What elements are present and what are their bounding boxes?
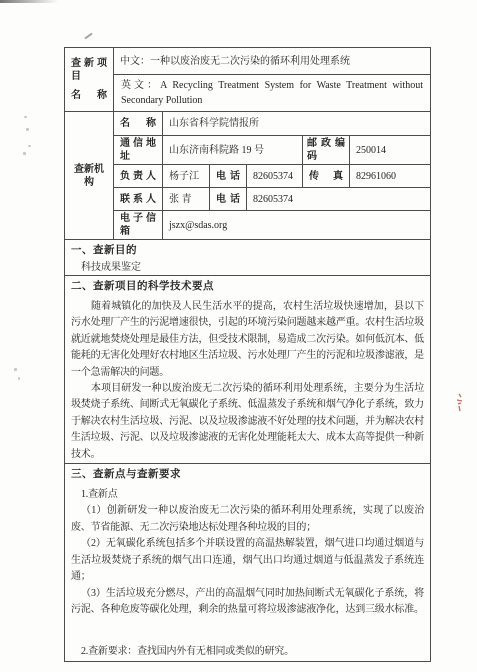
- contact-value: 张 青: [163, 188, 210, 211]
- section3-item-2: （2）无氧碳化系统包括多个并联设置的高温热解装置，烟气进口均通过烟道与生活垃圾焚…: [71, 536, 424, 585]
- section-key-points-cell: 二、查新项目的科学技术要点 随着城镇化的加快及人民生活水平的提高，农村生活垃圾快…: [65, 276, 431, 464]
- scan-speck: [14, 368, 17, 371]
- section2-paragraph-1: 随着城镇化的加快及人民生活水平的提高，农村生活垃圾快速增加，县以下污水处理厂产生…: [71, 299, 424, 381]
- project-label-line2: 名称: [71, 89, 107, 102]
- section1-title: 一、查新目的: [71, 244, 424, 258]
- section2-paragraph-2: 本项目研发一种以废治废无二次污染的循环利用处理系统，主要分为生活垃圾焚烧子系统、…: [71, 381, 424, 463]
- scan-speck: [28, 145, 31, 147]
- section3-subheading-2: 2.查新要求：查找国内外有无相同或类似的研究。: [71, 644, 424, 660]
- red-pen-mark: [453, 392, 465, 419]
- scan-speck: [23, 152, 26, 155]
- project-title-chinese: 中文：一种以废治废无二次污染的循环利用处理系统: [114, 48, 431, 75]
- section3-item-1: （1）创新研发一种以废治废无二次污染的循环利用处理系统，实现了以废治废、节省能源…: [71, 503, 424, 536]
- address-label: 通信地址: [114, 136, 163, 165]
- section-purpose-cell: 一、查新目的 科技成果鉴定: [65, 240, 431, 276]
- postcode-label: 邮政编码: [303, 136, 350, 165]
- contact-label: 联系人: [114, 188, 163, 211]
- section-novelty-requirements-cell: 三、查新点与查新要求 1.查新点 （1）创新研发一种以废治废无二次污染的循环利用…: [65, 464, 431, 662]
- contact-phone-label: 电话: [210, 188, 247, 211]
- scan-speck: [26, 128, 29, 131]
- novelty-search-form-table: 查新项目 名称 中文：一种以废治废无二次污染的循环利用处理系统 英文：A Rec…: [64, 47, 431, 662]
- email-label: 电子信箱: [114, 211, 163, 240]
- head-phone-value: 82605374: [247, 165, 303, 188]
- scan-speck: [18, 377, 20, 380]
- fax-value: 82961060: [350, 165, 431, 188]
- email-value: jszx@sdas.org: [163, 211, 431, 240]
- section3-title: 三、查新点与查新要求: [71, 468, 424, 482]
- agency-header-cell: 查新机构: [65, 112, 114, 240]
- head-phone-label: 电话: [210, 165, 247, 188]
- section3-item-3: （3）生活垃圾充分燃尽，产出的高温烟气同时加热间断式无氧碳化子系统，将污泥、各种…: [71, 586, 424, 619]
- scan-speck: [24, 116, 27, 118]
- project-name-header-cell: 查新项目 名称: [65, 48, 114, 112]
- fax-label: 传真: [303, 165, 350, 188]
- head-label: 负责人: [114, 165, 163, 188]
- agency-name-label: 名称: [114, 112, 163, 136]
- section3-subheading-1: 1.查新点: [71, 487, 424, 503]
- contact-phone-value: 82605374: [247, 188, 431, 211]
- project-label-line1: 查新项目: [71, 57, 107, 83]
- scanned-document-page: 查新项目 名称 中文：一种以废治废无二次污染的循环利用处理系统 英文：A Rec…: [0, 0, 477, 672]
- postcode-value: 250014: [350, 136, 431, 165]
- scan-edge-streak: [0, 0, 58, 3]
- head-value: 杨子江: [163, 165, 210, 188]
- scan-tick-mark: [84, 33, 93, 40]
- address-value: 山东济南科院路 19 号: [163, 136, 303, 165]
- section2-title: 二、查新项目的科学技术要点: [71, 280, 424, 294]
- agency-name-value: 山东省科学院情报所: [163, 112, 431, 136]
- section1-body: 科技成果鉴定: [71, 260, 424, 275]
- project-title-english: 英文：A Recycling Treatment System for Wast…: [114, 75, 431, 112]
